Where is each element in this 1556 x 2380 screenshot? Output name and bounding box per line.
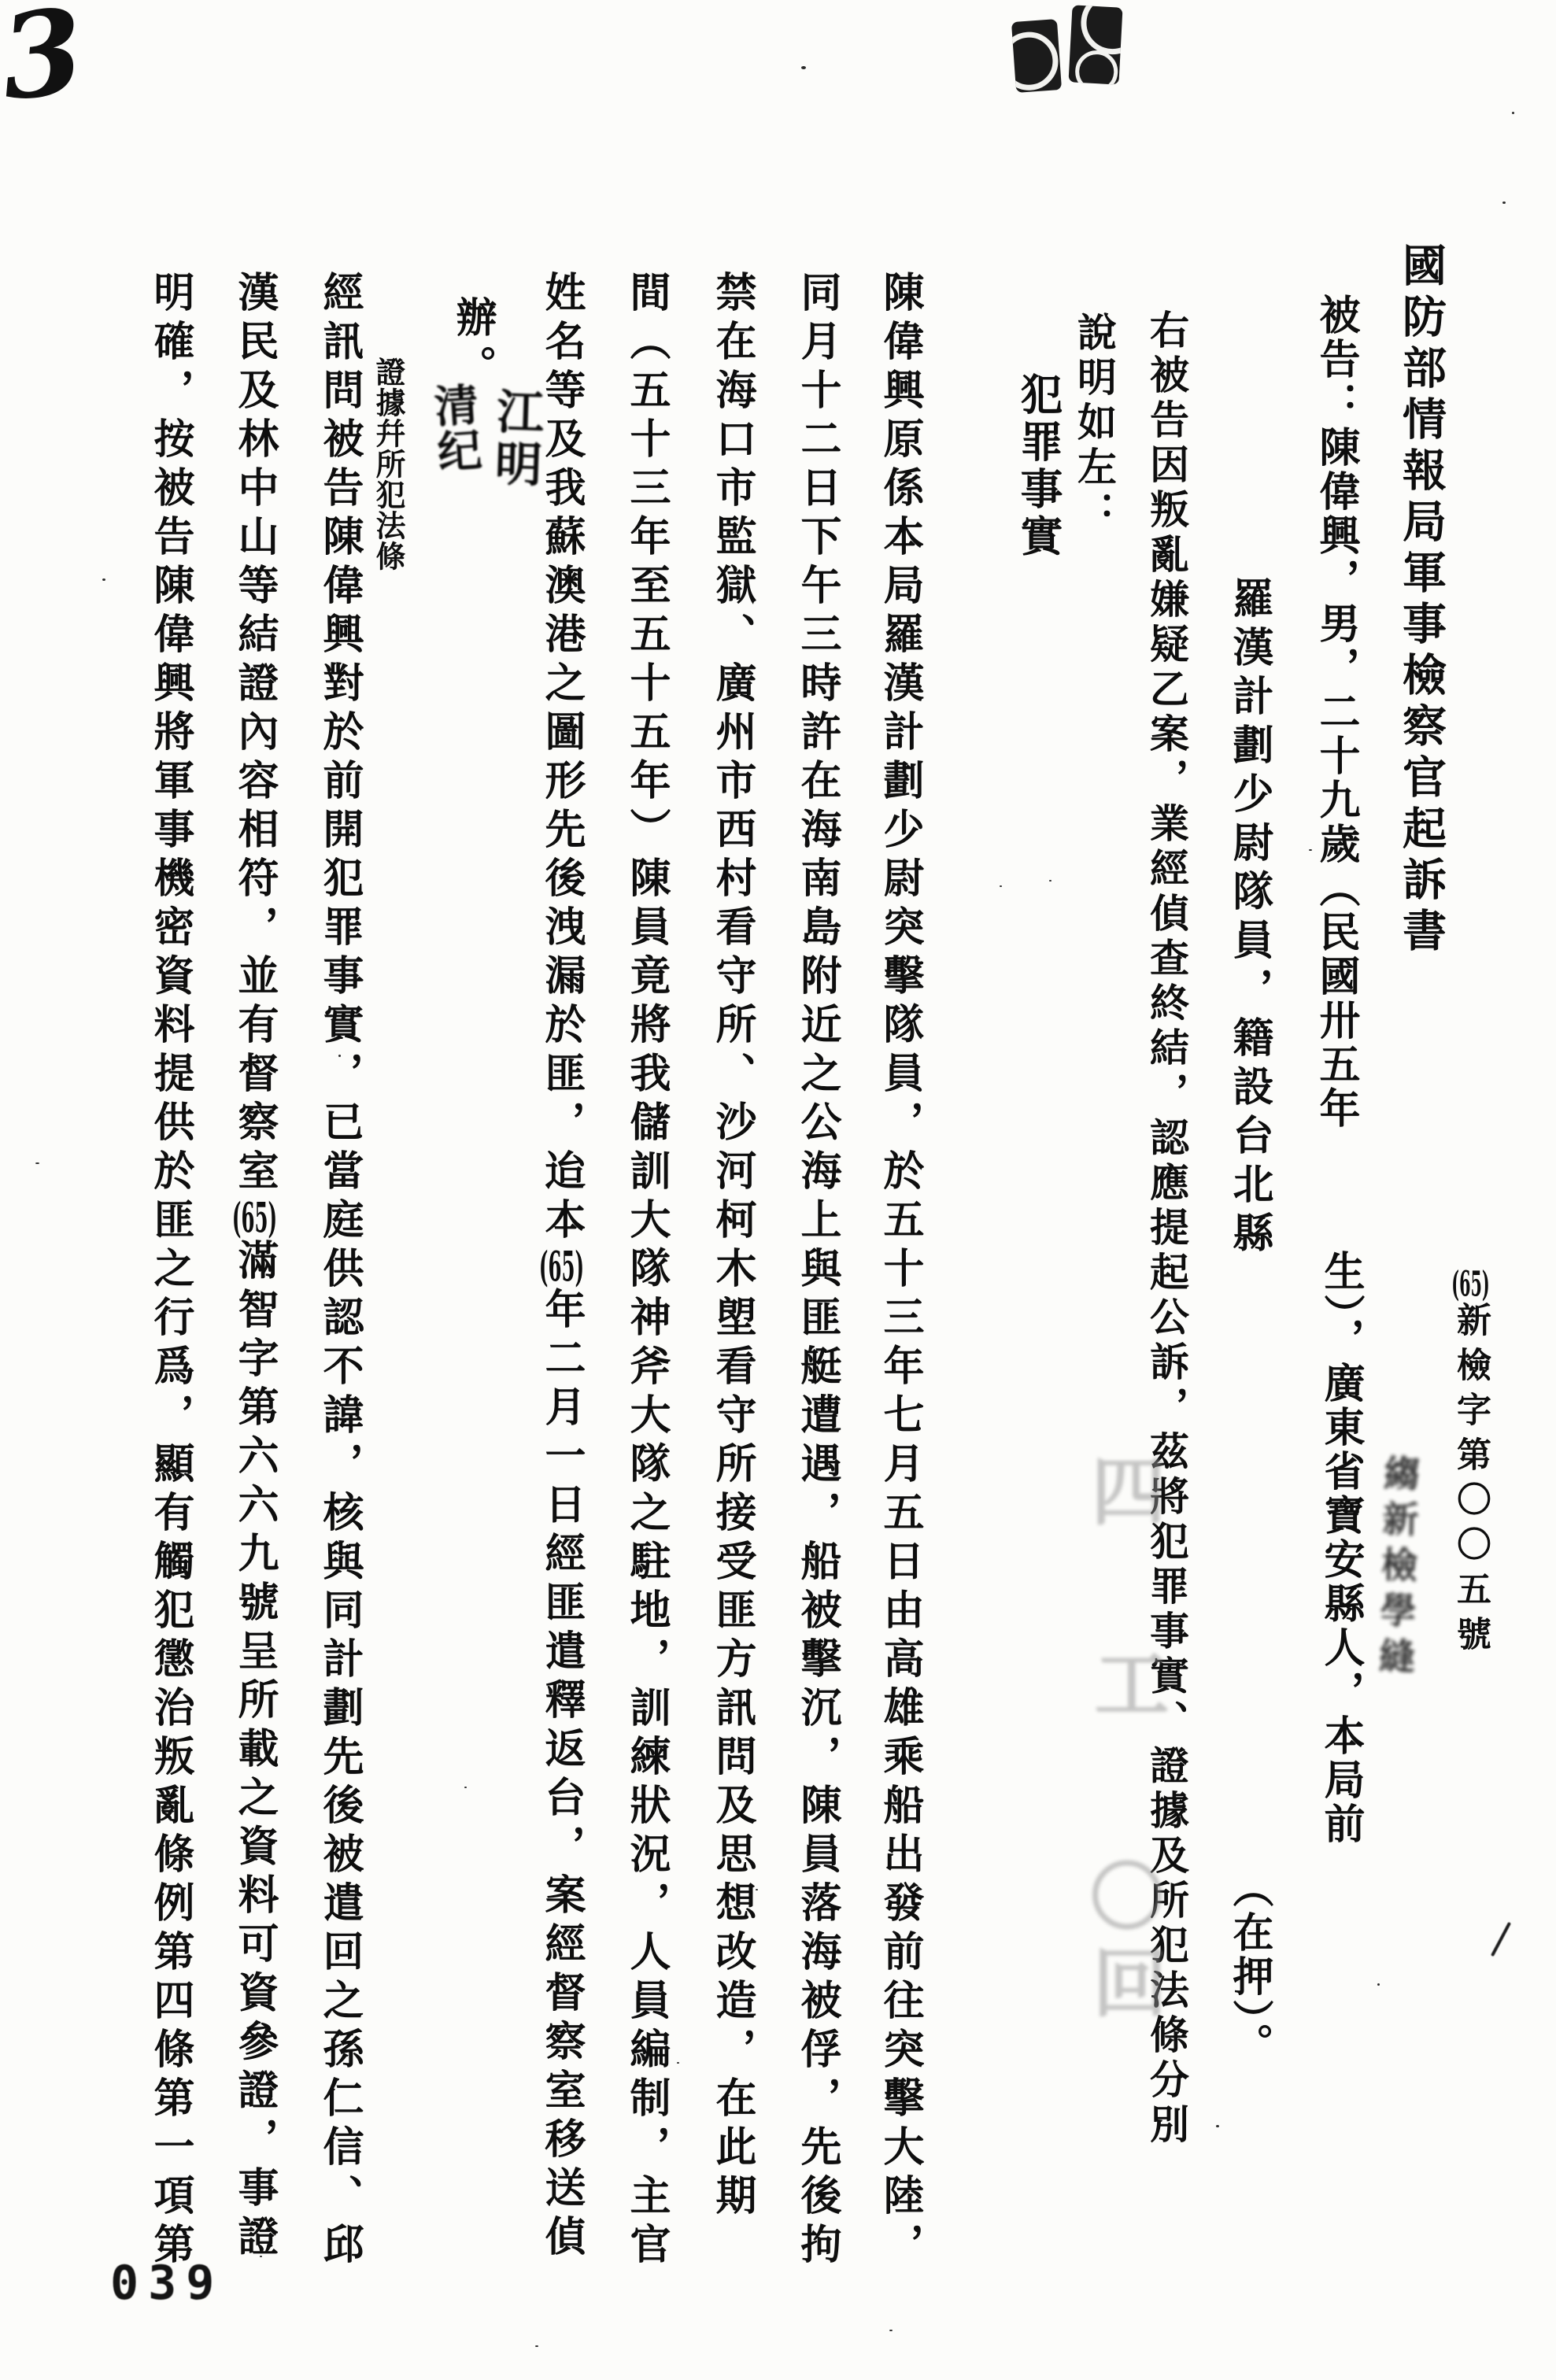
handwritten-signature-2: 清纪	[420, 380, 490, 475]
page-number: 039	[110, 2256, 224, 2311]
handwritten-corner-number: 3	[0, 0, 90, 127]
defendant-column-1: 被告：陳偉興，男，二十九歲（民國卅五年	[1307, 294, 1366, 1131]
faint-stamp-glyph: 四	[1069, 1452, 1176, 1527]
facts-column-4: 間（五十三年至五十五年）陳員竟將我儲訓大隊神斧大隊之駐地，訓練狀況，人員編制，主…	[617, 271, 676, 2271]
document-title: 國防部情報局軍事檢察官起訴書	[1390, 242, 1453, 959]
faint-stamp-glyph: 工	[1072, 1645, 1179, 1720]
partial-ink-stamp	[1068, 5, 1122, 84]
case-number-serial: 新檢字第〇〇五號	[1451, 1302, 1491, 1661]
defendant-column-1-continued: 生），廣東省寶安縣人，本局前	[1311, 1250, 1370, 1846]
evidence-column-2: 漢民及林中山等結證內容相符，並有督察室(65)滿智字第六六九號呈所載之資料可資參…	[225, 271, 284, 2264]
facts-column-1: 陳偉興原係本局羅漢計劃少尉突擊隊員，於五十三年七月五日由高雄乘船出發前往突擊大陸…	[870, 271, 930, 2271]
evidence-column-3: 明確，按被告陳偉興將軍事機密資料提供於匪之行爲，顯有觸犯懲治叛亂條例第四條第一項…	[141, 271, 200, 2271]
case-number-column: (65)新檢字第〇〇五號	[1445, 1267, 1495, 1661]
evidence-column-2-pre: 漢民及林中山等結證內容相符，並有督察室	[231, 271, 279, 1198]
scanned-indictment-page: 3 國防部情報局軍事檢察官起訴書 (65)新檢字第〇〇五號 縐新檢學縫 被告：陳…	[0, 0, 1556, 2380]
evidence-section-heading: 證據幷所犯法條	[367, 357, 410, 571]
facts-column-5-year: (65)	[538, 1247, 586, 1288]
evidence-column-1: 經訊問被告陳偉興對於前開犯罪事實，已當庭供認不諱，核與同計劃先後被遣回之孫仁信、…	[310, 271, 369, 2271]
evidence-column-2-year: (65)	[231, 1198, 279, 1239]
facts-column-2: 同月十二日下午三時許在海南島附近之公海上與匪艇遭遇，船被擊沉，陳員落海被俘，先後…	[788, 271, 847, 2271]
stamp-ring-mark	[1074, 50, 1119, 85]
facts-column-6: 辦。	[443, 296, 502, 394]
faint-stamp-glyph: 〇	[1067, 1857, 1174, 1932]
handwritten-signature-1: 江明	[480, 386, 552, 493]
preamble-column-2: 說明如左：	[1066, 312, 1122, 536]
partial-ink-stamp	[1011, 19, 1062, 93]
smudged-stamp: 縐新檢學縫	[1368, 1454, 1426, 1683]
case-number-year: (65)	[1451, 1267, 1491, 1302]
stray-ink-mark	[1491, 1922, 1511, 1957]
stamp-ring-mark	[1011, 30, 1060, 92]
defendant-column-2: 羅漢計劃少尉隊員，籍設台北縣	[1220, 577, 1279, 1260]
facts-column-3: 禁在海口市監獄、廣州市西村看守所、沙河柯木塱看守所接受匪方訊問及思想改造，在此期	[703, 271, 762, 2223]
facts-column-5: 姓名等及我蘇澳港之圖形先後洩漏於匪，迨本(65)年二月一日經匪遣釋返台，案經督察…	[532, 271, 591, 2264]
facts-column-5-post: 年二月一日經匪遣釋返台，案經督察室移送偵	[538, 1288, 586, 2264]
defendant-custody-note: （在押）。	[1220, 1867, 1279, 2067]
evidence-column-2-post: 滿智字第六六九號呈所載之資料可資參證，事證	[231, 1239, 279, 2264]
faint-stamp-glyph: 回	[1070, 1944, 1177, 2019]
facts-section-heading: 犯罪事實	[1009, 372, 1070, 561]
stamp-ring-mark	[1079, 5, 1122, 56]
